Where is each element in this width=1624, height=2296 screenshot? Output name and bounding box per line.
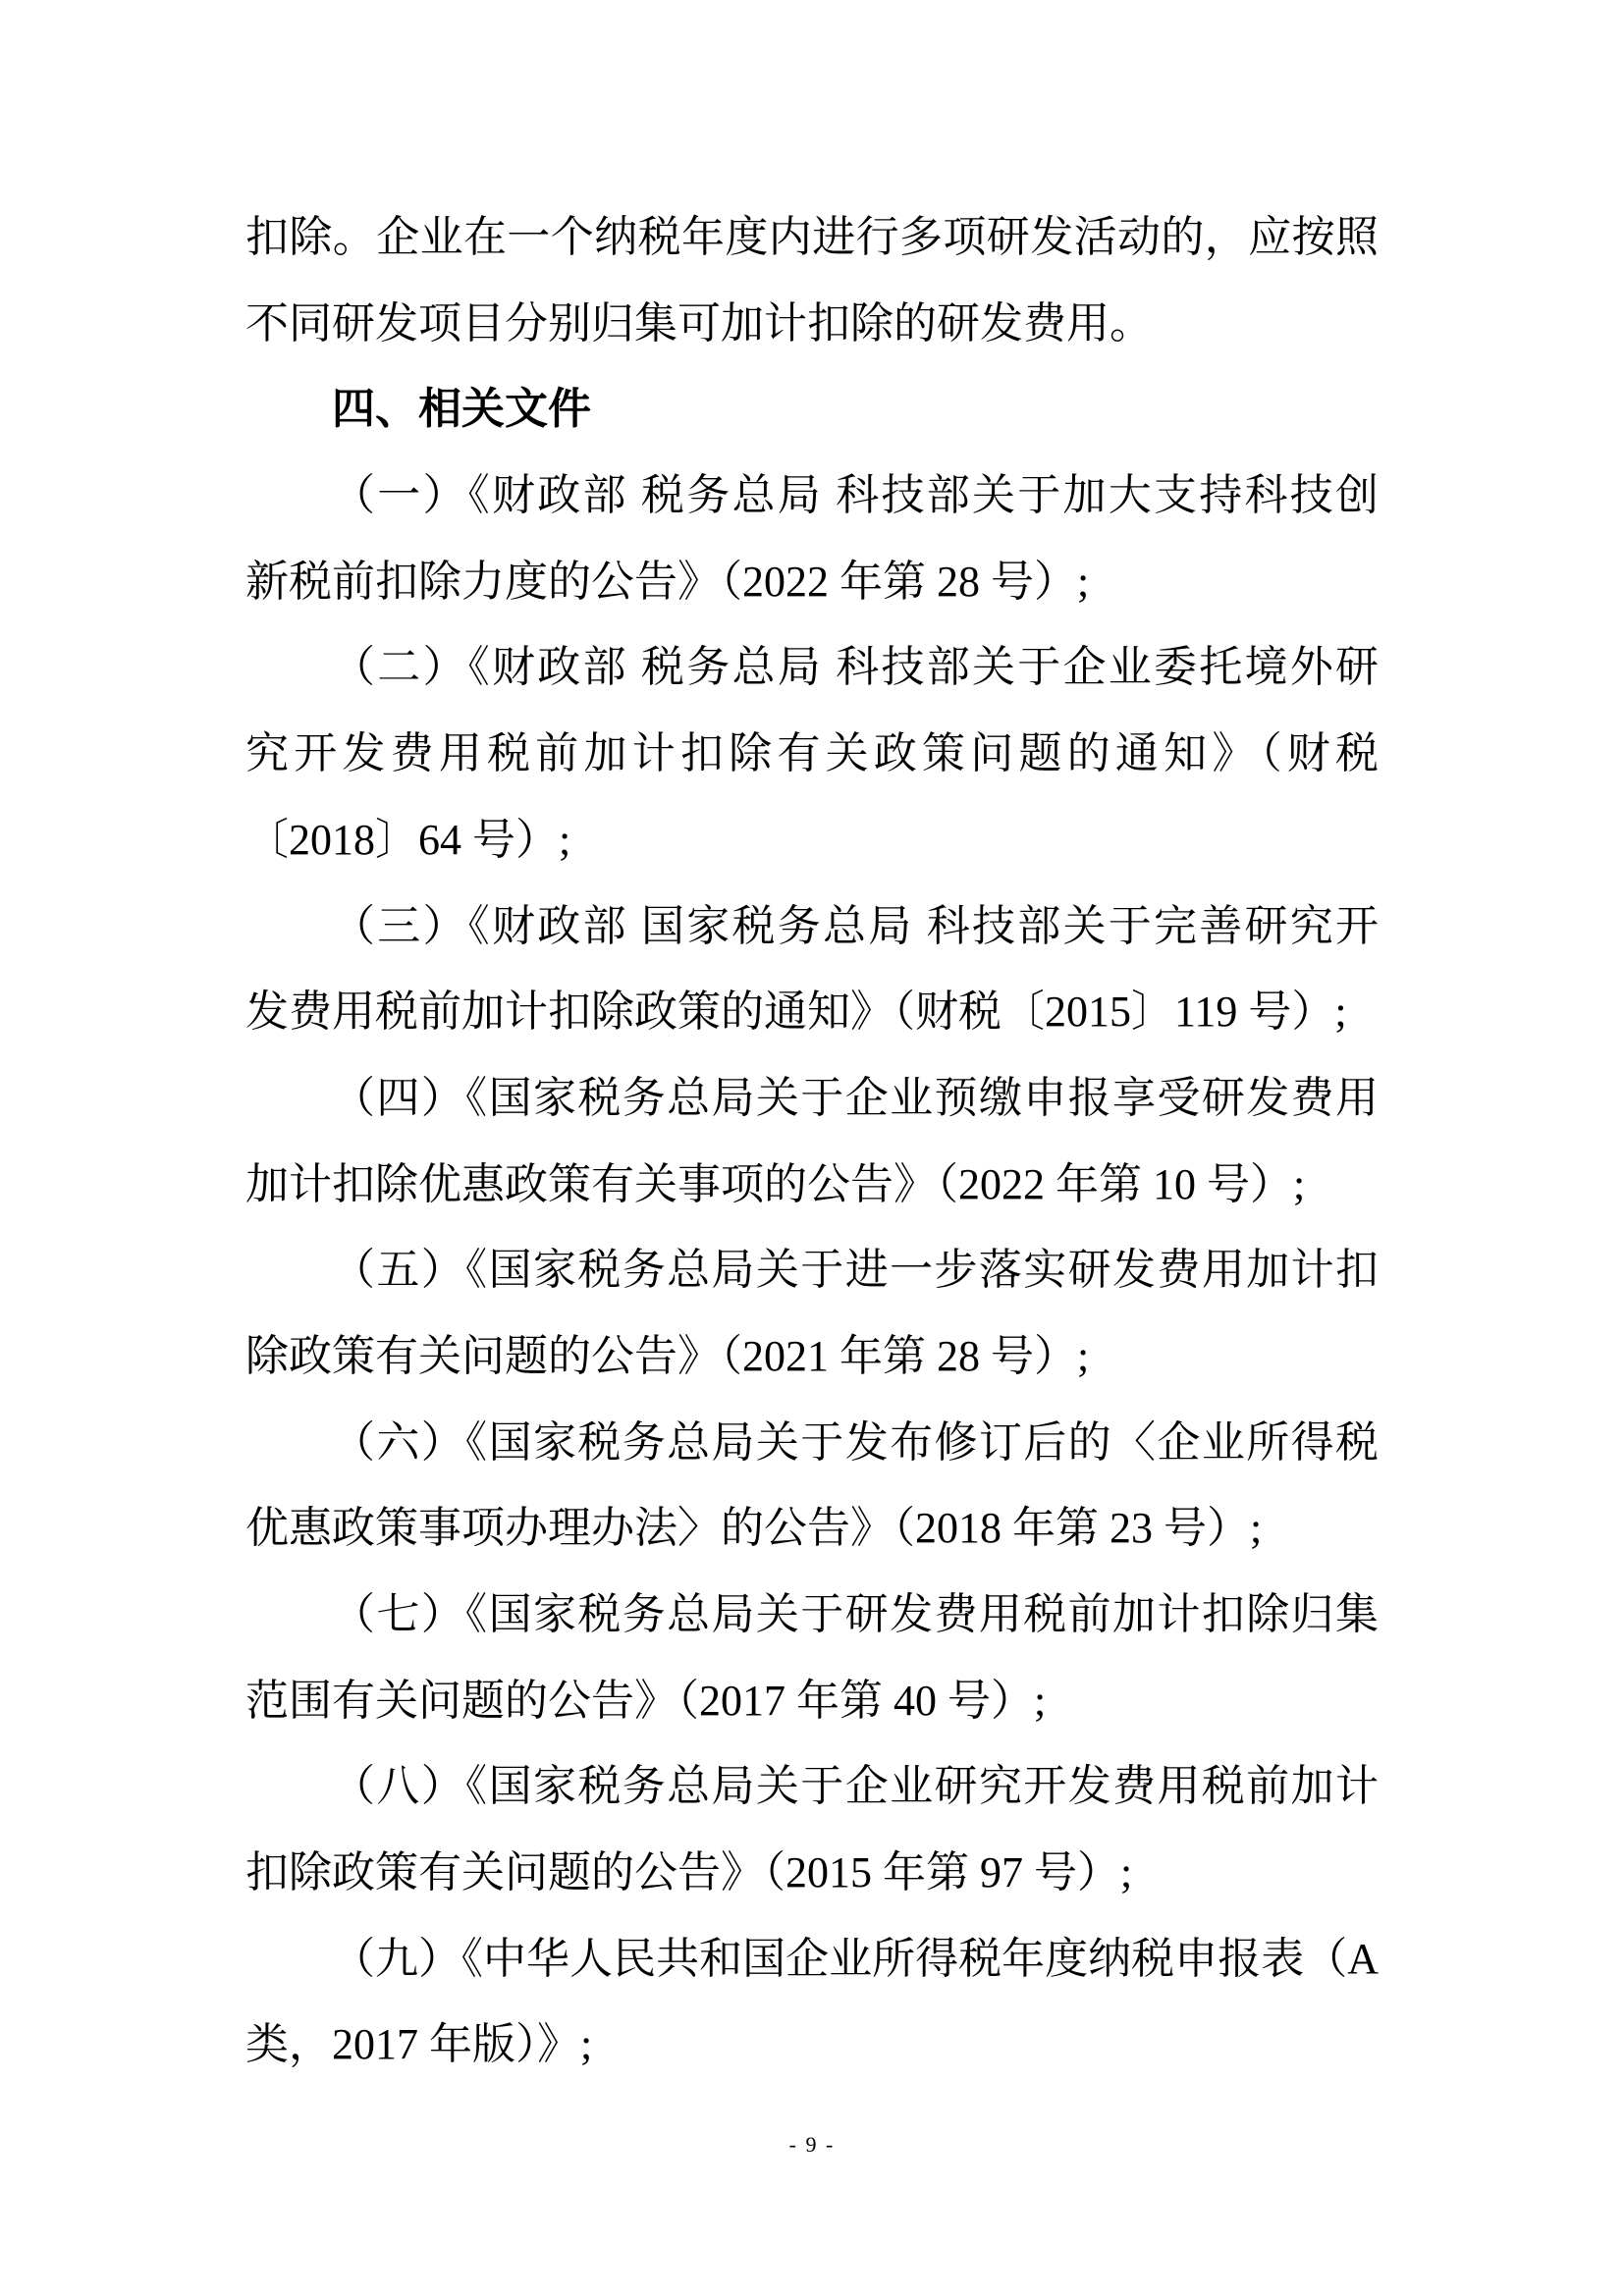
text-line: （六）《国家税务总局关于发布修订后的〈企业所得税 (245, 1400, 1379, 1486)
text-line: 加计扣除优惠政策有关事项的公告》（2022 年第 10 号）; (245, 1142, 1379, 1228)
text-line: 〔2018〕64 号）; (245, 797, 1379, 883)
text-line: （八）《国家税务总局关于企业研究开发费用税前加计 (245, 1743, 1379, 1830)
text-line: 不同研发项目分别归集可加计扣除的研发费用。 (245, 281, 1379, 367)
text-line: 扣除。企业在一个纳税年度内进行多项研发活动的，应按照 (245, 194, 1379, 281)
text-line: （一）《财政部 税务总局 科技部关于加大支持科技创 (245, 453, 1379, 539)
text-line: 优惠政策事项办理办法〉的公告》（2018 年第 23 号）; (245, 1485, 1379, 1572)
document-page: 扣除。企业在一个纳税年度内进行多项研发活动的，应按照不同研发项目分别归集可加计扣… (0, 0, 1624, 2296)
text-line: 发费用税前加计扣除政策的通知》（财税〔2015〕119 号）; (245, 969, 1379, 1055)
text-line: 类，2017 年版）》; (245, 2002, 1379, 2088)
text-line: （七）《国家税务总局关于研发费用税前加计扣除归集 (245, 1572, 1379, 1658)
text-line: 除政策有关问题的公告》（2021 年第 28 号）; (245, 1313, 1379, 1400)
text-line: （四）《国家税务总局关于企业预缴申报享受研发费用 (245, 1055, 1379, 1142)
text-line: （三）《财政部 国家税务总局 科技部关于完善研究开 (245, 883, 1379, 970)
section-heading: 四、相关文件 (245, 366, 1379, 453)
document-lines: 扣除。企业在一个纳税年度内进行多项研发活动的，应按照不同研发项目分别归集可加计扣… (245, 194, 1379, 2088)
text-line: （五）《国家税务总局关于进一步落实研发费用加计扣 (245, 1227, 1379, 1313)
text-line: （九）《中华人民共和国企业所得税年度纳税申报表（A (245, 1916, 1379, 2002)
text-line: 究开发费用税前加计扣除有关政策问题的通知》（财税 (245, 711, 1379, 797)
text-line: 扣除政策有关问题的公告》（2015 年第 97 号）; (245, 1830, 1379, 1916)
text-line: （二）《财政部 税务总局 科技部关于企业委托境外研 (245, 624, 1379, 711)
text-line: 范围有关问题的公告》（2017 年第 40 号）; (245, 1658, 1379, 1744)
page-number: - 9 - (0, 2132, 1624, 2158)
text-line: 新税前扣除力度的公告》（2022 年第 28 号）; (245, 539, 1379, 625)
